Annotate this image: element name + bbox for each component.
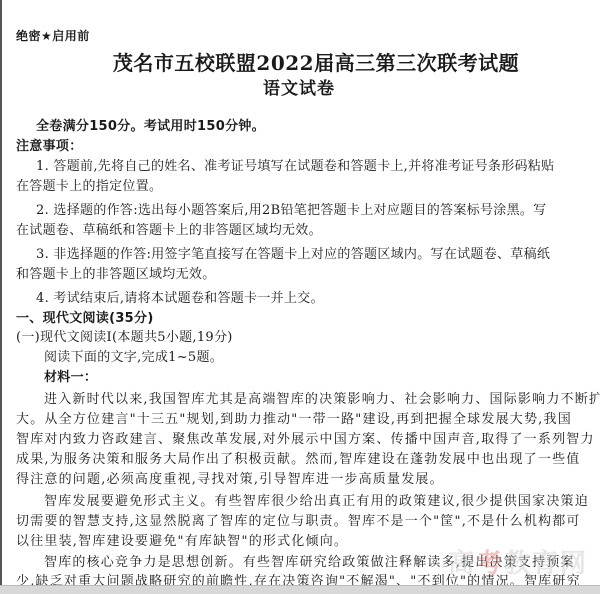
paragraph-line: 进入新时代以来,我国智库尤其是高端智库的决策影响力、社会影响力、国际影响力不断扩 bbox=[44, 390, 600, 410]
paragraph-line: 切需要的智慧支持,这显然脱离了智库的定位与职责。智库不是一个"筐",不是什么机构… bbox=[16, 512, 581, 532]
secret-label: 绝密★启用前 bbox=[16, 27, 90, 44]
note-1-line-1: 1. 答题前,先将自己的姓名、准考证号填写在试题卷和答题卡上,并将准考证号条形码… bbox=[36, 157, 554, 177]
paragraph-line: 成果,为服务决策和服务大局作出了积极贡献。然而,智库建设在蓬勃发展中也出现了一些… bbox=[16, 450, 580, 470]
watermark-logo: 高考教育网 bbox=[448, 543, 588, 580]
material-label: 材料一： bbox=[44, 368, 97, 388]
page-bottom-edge bbox=[0, 585, 600, 594]
watermark-text: 教育网 bbox=[504, 549, 588, 579]
paragraph-line: 智库发展要避免形式主义。有些智库很少给出真正有用的政策建议,很少提供国家决策迫 bbox=[44, 492, 589, 512]
exam-title: 茂名市五校联盟2022届高三第三次联考试题 bbox=[96, 47, 536, 76]
note-4-line-1: 4. 考试结束后,请将本试题卷和答题卡一并上交。 bbox=[36, 289, 324, 309]
section-heading: 一、现代文阅读(35分) bbox=[16, 309, 154, 329]
watermark-accent-text: 考 bbox=[476, 549, 504, 579]
note-1-line-2: 在答题卡上的指定位置。 bbox=[16, 177, 162, 197]
page-left-edge bbox=[0, 0, 2, 594]
note-2-line-1: 2. 选择题的作答:选出每小题答案后,用2B铅笔把答题卡上对应题目的答案标号涂黑… bbox=[36, 201, 546, 221]
exam-subtitle: 语文试卷 bbox=[16, 74, 582, 99]
score-line: 全卷满分150分。考试用时150分钟。 bbox=[36, 117, 265, 137]
note-3-line-1: 3. 非选择题的作答:用签字笔直接写在答题卡上对应的答题区域内。写在试题卷、草稿… bbox=[36, 245, 550, 265]
paragraph-line: 智库对内致力咨政建言、聚焦改革发展,对外展示中国方案、传播中国声音,取得了一系列… bbox=[16, 430, 595, 450]
paragraph-line: 以往里装,智库建设要避免"有库缺智"的形式化倾向。 bbox=[16, 532, 348, 552]
reading-instruction: 阅读下面的文字,完成1~5题。 bbox=[44, 348, 223, 368]
watermark-text: 高 bbox=[448, 549, 476, 579]
note-3-line-2: 和答题卡上的非答题区域均无效。 bbox=[16, 265, 216, 285]
paragraph-line: 得注意的问题,必须高度重视,寻找对策,引导智库进一步高质量发展。 bbox=[16, 470, 444, 490]
paragraph-line: 大。从全方位建言"十三五"规划,到助力推动"一带一路"建设,再到把握全球发展大势… bbox=[16, 410, 572, 430]
notes-heading: 注意事项： bbox=[16, 137, 83, 157]
note-2-line-2: 在试题卷、草稿纸和答题卡上的非答题区域均无效。 bbox=[16, 221, 322, 241]
subsection-heading: (一)现代文阅读Ⅰ(本题共5小题,19分) bbox=[16, 328, 233, 348]
